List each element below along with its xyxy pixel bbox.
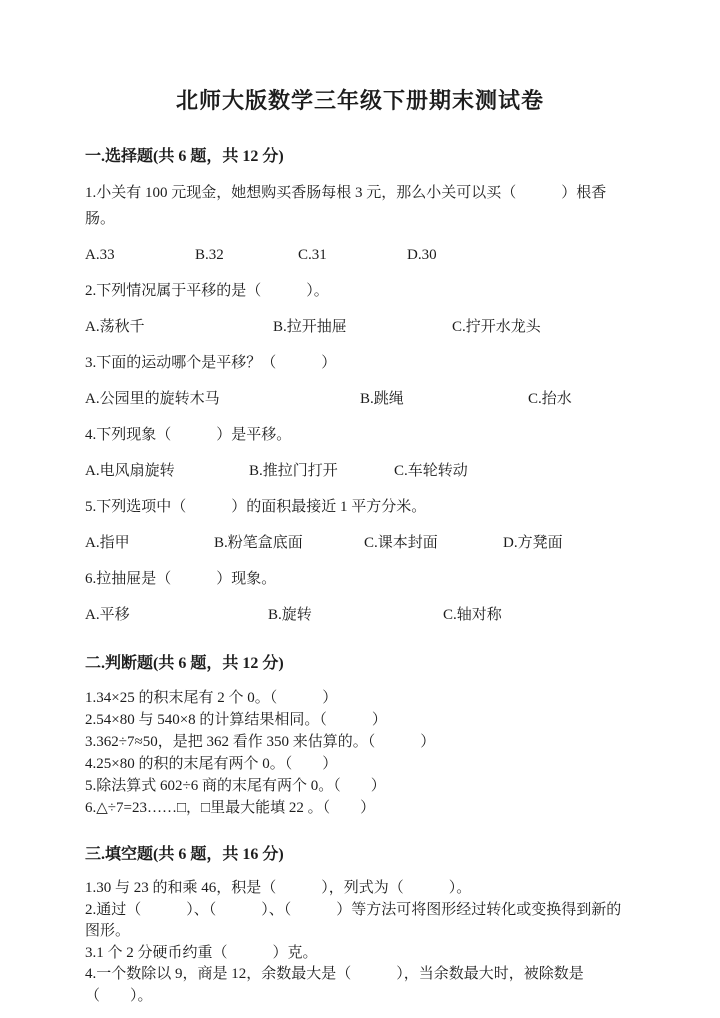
section-heading-choice: 一.选择题(共 6 题，共 12 分) <box>85 143 635 166</box>
option-b: B.粉笔盒底面 <box>214 530 364 556</box>
option-a: A.指甲 <box>85 530 214 556</box>
page-title: 北师大版数学三年级下册期末测试卷 <box>85 84 635 115</box>
option-c: C.课本封面 <box>364 530 503 556</box>
choice-question-3: 3.下面的运动哪个是平移？（ ） A.公园里的旋转木马 B.跳绳 C.抬水 <box>85 350 635 412</box>
fill-item-4: 4.一个数除以 9，商是 12，余数最大是（ ），当余数最大时，被除数是（ ）。 <box>85 964 635 1007</box>
choice-question-4: 4.下列现象（ ）是平移。 A.电风扇旋转 B.推拉门打开 C.车轮转动 <box>85 422 635 484</box>
options-row: A.荡秋千 B.拉开抽屉 C.拧开水龙头 <box>85 314 635 340</box>
section-heading-fill: 三.填空题(共 6 题，共 16 分) <box>85 841 635 864</box>
section-heading-judge: 二.判断题(共 6 题，共 12 分) <box>85 650 635 673</box>
option-b: B.推拉门打开 <box>249 458 394 484</box>
judge-item-1: 1.34×25 的积末尾有 2 个 0。（ ） <box>85 687 635 709</box>
options-row: A.指甲 B.粉笔盒底面 C.课本封面 D.方凳面 <box>85 530 635 556</box>
question-text: 3.下面的运动哪个是平移？（ ） <box>85 350 635 376</box>
judge-list: 1.34×25 的积末尾有 2 个 0。（ ） 2.54×80 与 540×8 … <box>85 687 635 819</box>
choice-question-5: 5.下列选项中（ ）的面积最接近 1 平方分米。 A.指甲 B.粉笔盒底面 C.… <box>85 494 635 556</box>
choice-question-1: 1.小关有 100 元现金，她想购买香肠每根 3 元，那么小关可以买（ ）根香肠… <box>85 180 635 268</box>
test-paper-page: 北师大版数学三年级下册期末测试卷 一.选择题(共 6 题，共 12 分) 1.小… <box>0 0 720 1018</box>
option-b: B.跳绳 <box>360 386 528 412</box>
question-text: 4.下列现象（ ）是平移。 <box>85 422 635 448</box>
option-a: A.荡秋千 <box>85 314 273 340</box>
options-row: A.平移 B.旋转 C.轴对称 <box>85 602 635 628</box>
option-c: C.车轮转动 <box>394 458 468 484</box>
option-c: C.轴对称 <box>443 602 502 628</box>
option-d: D.30 <box>407 242 437 268</box>
option-a: A.平移 <box>85 602 268 628</box>
fill-item-3: 3.1 个 2 分硬币约重（ ）克。 <box>85 943 635 965</box>
option-d: D.方凳面 <box>503 530 563 556</box>
option-b: B.32 <box>195 242 298 268</box>
fill-list: 1.30 与 23 的和乘 46，积是（ ），列式为（ ）。 2.通过（ ）、（… <box>85 878 635 1007</box>
option-a: A.电风扇旋转 <box>85 458 249 484</box>
option-a: A.33 <box>85 242 195 268</box>
judge-item-2: 2.54×80 与 540×8 的计算结果相同。（ ） <box>85 709 635 731</box>
fill-item-2: 2.通过（ ）、（ ）、（ ）等方法可将图形经过转化或变换得到新的图形。 <box>85 900 635 943</box>
option-c: C.拧开水龙头 <box>452 314 541 340</box>
question-text: 5.下列选项中（ ）的面积最接近 1 平方分米。 <box>85 494 635 520</box>
question-text: 6.拉抽屉是（ ）现象。 <box>85 566 635 592</box>
options-row: A.公园里的旋转木马 B.跳绳 C.抬水 <box>85 386 635 412</box>
judge-item-6: 6.△÷7=23……□，□里最大能填 22 。（ ） <box>85 797 635 819</box>
fill-item-1: 1.30 与 23 的和乘 46，积是（ ），列式为（ ）。 <box>85 878 635 900</box>
option-b: B.旋转 <box>268 602 443 628</box>
question-text: 1.小关有 100 元现金，她想购买香肠每根 3 元，那么小关可以买（ ）根香肠… <box>85 180 635 232</box>
option-a: A.公园里的旋转木马 <box>85 386 360 412</box>
options-row: A.电风扇旋转 B.推拉门打开 C.车轮转动 <box>85 458 635 484</box>
judge-item-4: 4.25×80 的积的末尾有两个 0。（ ） <box>85 753 635 775</box>
judge-item-3: 3.362÷7≈50，是把 362 看作 350 来估算的。（ ） <box>85 731 635 753</box>
choice-question-2: 2.下列情况属于平移的是（ ）。 A.荡秋千 B.拉开抽屉 C.拧开水龙头 <box>85 278 635 340</box>
option-c: C.31 <box>298 242 407 268</box>
option-b: B.拉开抽屉 <box>273 314 452 340</box>
choice-question-6: 6.拉抽屉是（ ）现象。 A.平移 B.旋转 C.轴对称 <box>85 566 635 628</box>
judge-item-5: 5.除法算式 602÷6 商的末尾有两个 0。（ ） <box>85 775 635 797</box>
options-row: A.33 B.32 C.31 D.30 <box>85 242 635 268</box>
question-text: 2.下列情况属于平移的是（ ）。 <box>85 278 635 304</box>
option-c: C.抬水 <box>528 386 572 412</box>
